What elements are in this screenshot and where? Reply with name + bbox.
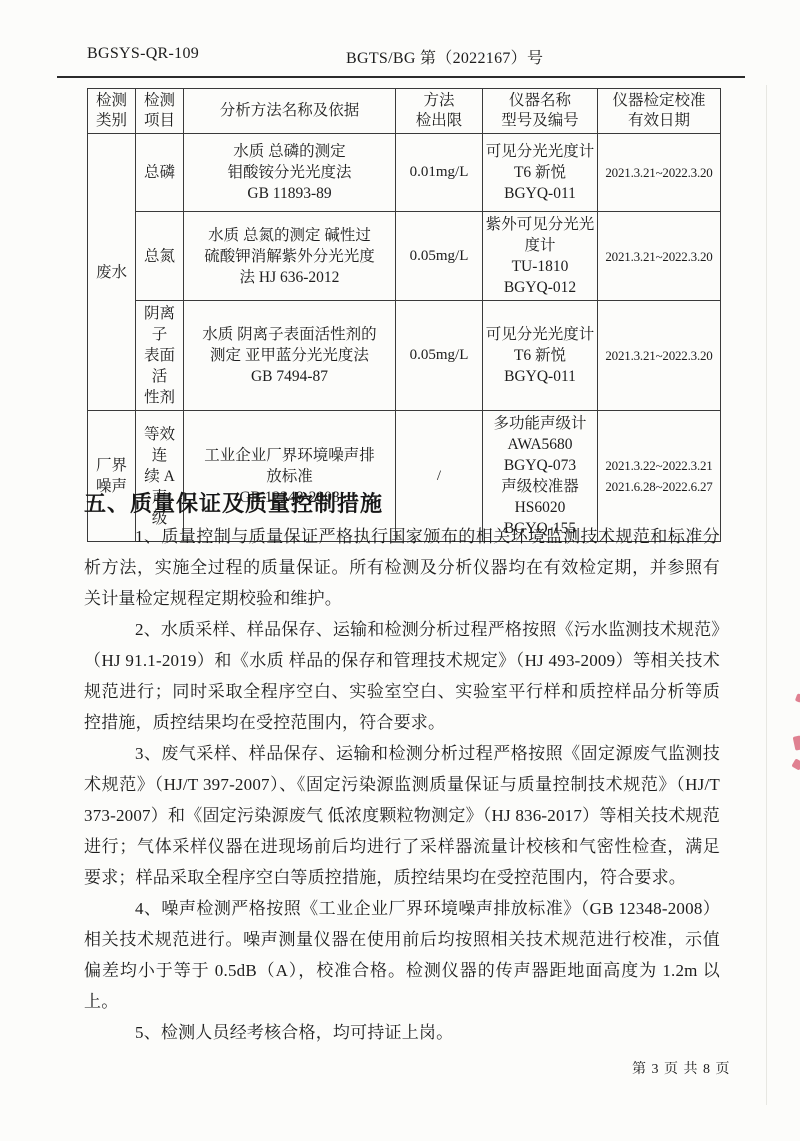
cell-validity: 2021.3.21~2022.3.20 (598, 212, 721, 301)
cell-instrument: 紫外可见分光光 度计 TU-1810 BGYQ-012 (483, 212, 598, 301)
cell-item: 阴离子 表面活 性剂 (136, 301, 184, 411)
col-header-category: 检测 类别 (88, 89, 136, 134)
table-row: 废水 总磷 水质 总磷的测定 钼酸铵分光光度法 GB 11893-89 0.01… (88, 134, 721, 212)
paragraph-2: 2、水质采样、样品保存、运输和检测分析过程严格按照《污水监测技术规范》（HJ 9… (84, 614, 720, 738)
paragraph-3: 3、废气采样、样品保存、运输和检测分析过程严格按照《固定源废气监测技术规范》（H… (84, 738, 720, 893)
cell-detection-limit: 0.05mg/L (396, 301, 483, 411)
paragraph-1: 1、质量控制与质量保证严格执行国家颁布的相关环境监测技术规范和标准分析方法，实施… (84, 521, 720, 614)
cell-detection-limit: 0.01mg/L (396, 134, 483, 212)
doc-form-code: BGSYS-QR-109 (87, 45, 199, 63)
scan-artifact-line (766, 85, 767, 1105)
paragraph-4: 4、噪声检测严格按照《工业企业厂界环境噪声排放标准》（GB 12348-2008… (84, 893, 720, 1017)
document-page: BGSYS-QR-109 BGTS/BG 第（2022167）号 检测 类别 检… (0, 0, 800, 1141)
cell-instrument: 可见分光光度计 T6 新悦 BGYQ-011 (483, 301, 598, 411)
col-header-method: 分析方法名称及依据 (184, 89, 396, 134)
table-row: 总氮 水质 总氮的测定 碱性过 硫酸钾消解紫外分光光度 法 HJ 636-201… (88, 212, 721, 301)
cell-item: 总磷 (136, 134, 184, 212)
cell-method: 水质 总氮的测定 碱性过 硫酸钾消解紫外分光光度 法 HJ 636-2012 (184, 212, 396, 301)
col-header-validity: 仪器检定校准 有效日期 (598, 89, 721, 134)
cell-validity: 2021.3.21~2022.3.20 (598, 301, 721, 411)
cell-method: 水质 阴离子表面活性剂的 测定 亚甲蓝分光光度法 GB 7494-87 (184, 301, 396, 411)
page-number: 第 3 页 共 8 页 (632, 1058, 731, 1078)
col-header-item: 检测 项目 (136, 89, 184, 134)
col-header-detection-limit: 方法 检出限 (396, 89, 483, 134)
section-body: 1、质量控制与质量保证严格执行国家颁布的相关环境监测技术规范和标准分析方法，实施… (84, 521, 720, 1048)
red-stamp-fragment (793, 735, 800, 750)
col-header-instrument: 仪器名称 型号及编号 (483, 89, 598, 134)
doc-report-number: BGTS/BG 第（2022167）号 (346, 45, 543, 68)
cell-category-wastewater: 废水 (88, 134, 136, 411)
cell-validity: 2021.3.21~2022.3.20 (598, 134, 721, 212)
paragraph-5: 5、检测人员经考核合格，均可持证上岗。 (84, 1017, 720, 1048)
monitoring-methods-table: 检测 类别 检测 项目 分析方法名称及依据 方法 检出限 仪器名称 型号及编号 … (87, 88, 721, 542)
red-stamp-fragment (795, 693, 800, 703)
red-stamp-fragment (791, 758, 800, 770)
table-row: 阴离子 表面活 性剂 水质 阴离子表面活性剂的 测定 亚甲蓝分光光度法 GB 7… (88, 301, 721, 411)
table-header-row: 检测 类别 检测 项目 分析方法名称及依据 方法 检出限 仪器名称 型号及编号 … (88, 89, 721, 134)
red-stamp-mark (790, 694, 800, 774)
section-title: 五、质量保证及质量控制措施 (84, 487, 383, 518)
header-divider (57, 76, 745, 78)
cell-method: 水质 总磷的测定 钼酸铵分光光度法 GB 11893-89 (184, 134, 396, 212)
cell-instrument: 可见分光光度计 T6 新悦 BGYQ-011 (483, 134, 598, 212)
cell-detection-limit: 0.05mg/L (396, 212, 483, 301)
cell-item: 总氮 (136, 212, 184, 301)
